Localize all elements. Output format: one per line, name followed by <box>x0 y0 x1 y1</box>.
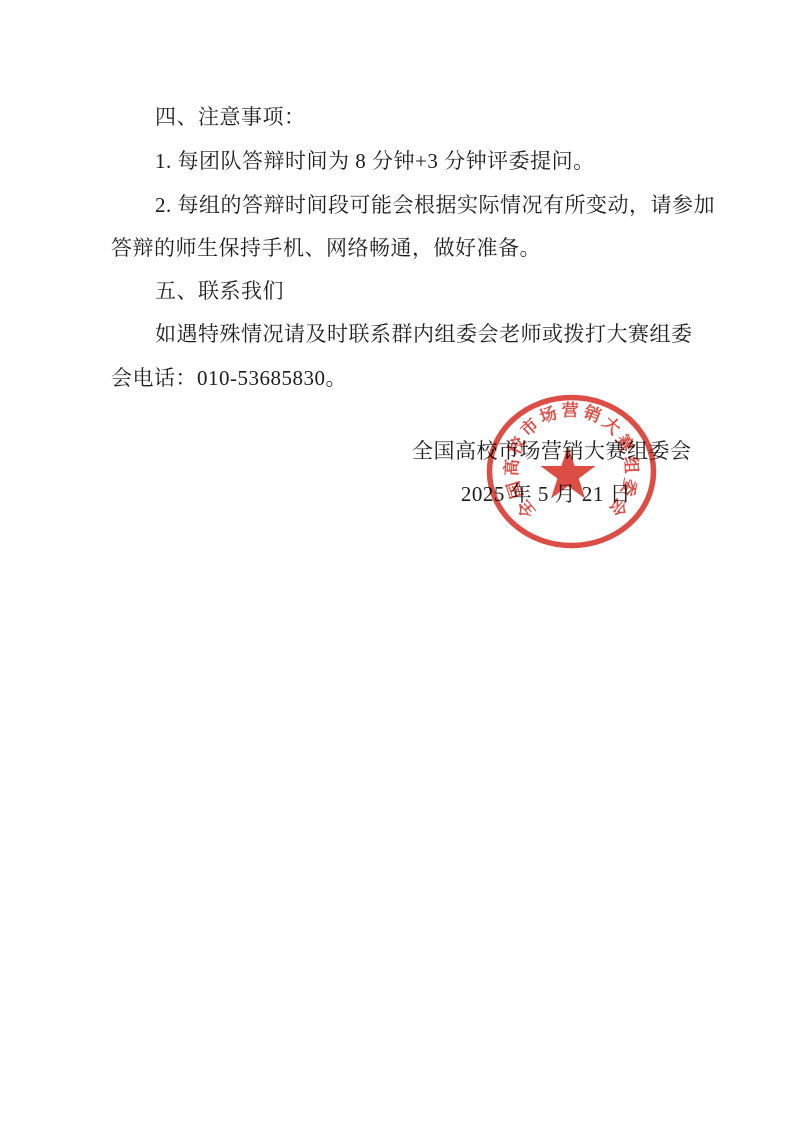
note-item-1: 1. 每团队答辩时间为 8 分钟+3 分钟评委提问。 <box>155 150 595 172</box>
contact-paragraph-line-1: 如遇特殊情况请及时联系群内组委会老师或拨打大赛组委 <box>155 323 693 345</box>
section-heading-notes: 四、注意事项： <box>155 106 306 128</box>
section-heading-contact: 五、联系我们 <box>155 280 284 302</box>
note-item-2-line-1: 2. 每组的答辩时间段可能会根据实际情况有所变动，请参加 <box>155 194 715 216</box>
signature-date: 2025 年 5 月 21 日 <box>412 483 680 505</box>
signature-block: 全国高校市场营销大赛组委会 2025 年 5 月 21 日 <box>412 440 680 505</box>
document-page: 四、注意事项： 1. 每团队答辩时间为 8 分钟+3 分钟评委提问。 2. 每组… <box>0 0 793 1122</box>
contact-paragraph-line-2: 会电话：010-53685830。 <box>111 367 347 389</box>
note-item-2-line-2: 答辩的师生保持手机、网络畅通，做好准备。 <box>111 237 541 259</box>
signature-organization: 全国高校市场营销大赛组委会 <box>412 440 680 462</box>
